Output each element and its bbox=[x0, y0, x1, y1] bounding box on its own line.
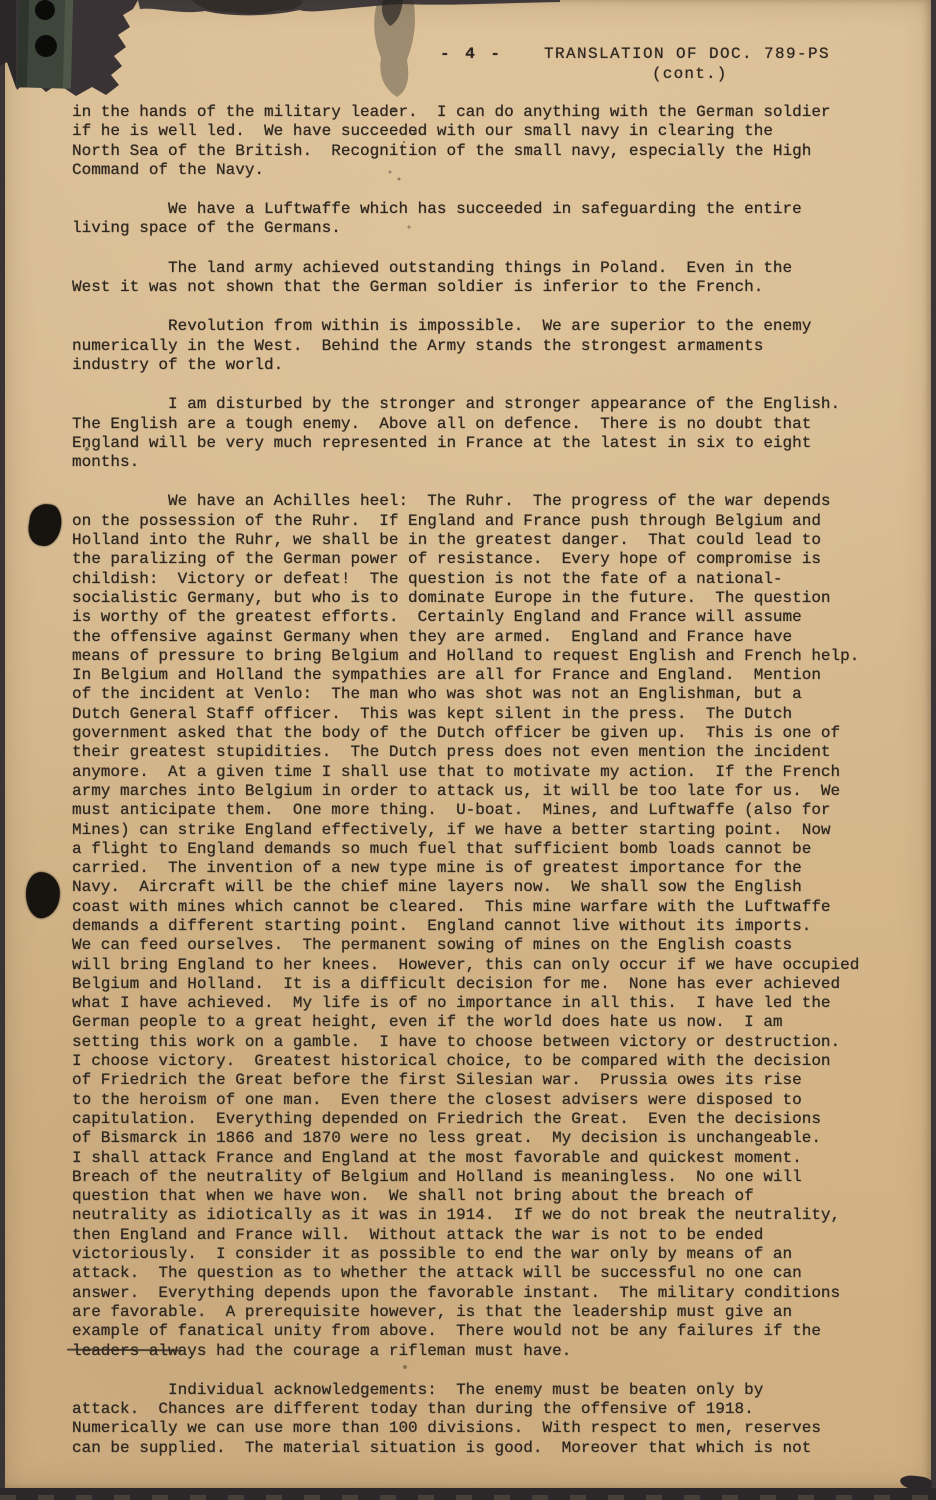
scanned-document-page: - 4 - TRANSLATION OF DOC. 789-PS (cont.)… bbox=[0, 0, 936, 1500]
paragraph-5: I am disturbed by the stronger and stron… bbox=[72, 395, 872, 472]
document-body: in the hands of the military leader. I c… bbox=[72, 103, 872, 1478]
document-subtitle: (cont.) bbox=[652, 65, 728, 83]
dirt-specks bbox=[0, 0, 2, 2]
document-header: - 4 - TRANSLATION OF DOC. 789-PS (cont.) bbox=[0, 0, 936, 90]
paragraph-2: We have a Luftwaffe which has succeeded … bbox=[72, 200, 872, 239]
paragraph-4: Revolution from within is impossible. We… bbox=[72, 317, 872, 375]
paragraph-1: in the hands of the military leader. I c… bbox=[72, 103, 872, 180]
document-title: TRANSLATION OF DOC. 789-PS bbox=[544, 45, 830, 63]
page-number: - 4 - bbox=[440, 45, 503, 63]
paragraph-3: The land army achieved outstanding thing… bbox=[72, 259, 872, 298]
paragraph-6: We have an Achilles heel: The Ruhr. The … bbox=[72, 492, 872, 1360]
paragraph-7: Individual acknowledgements: The enemy m… bbox=[72, 1381, 872, 1458]
bottom-page-edge bbox=[0, 1488, 936, 1500]
